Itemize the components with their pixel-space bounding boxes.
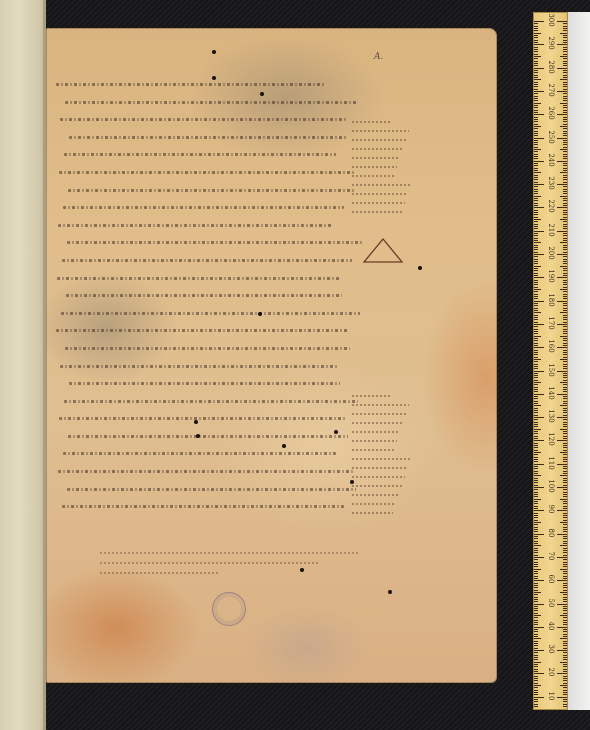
- ruler-tick: [534, 47, 538, 48]
- ruler-tick: [534, 629, 538, 630]
- text-line: [56, 287, 356, 305]
- text-line: [56, 94, 356, 112]
- ruler-tick: [534, 501, 538, 502]
- ruler-tick: [563, 529, 567, 530]
- ruler-tick: [534, 636, 538, 637]
- ruler-tick: [534, 664, 538, 665]
- ruler-tick: [534, 431, 538, 432]
- ruler-tick: [534, 464, 544, 465]
- footnote-line: [100, 572, 220, 574]
- ruler-tick: [563, 163, 567, 164]
- ruler-tick: [534, 440, 544, 441]
- ruler-tick: [534, 354, 538, 355]
- ruler-tick: [534, 163, 538, 164]
- ruler-tick: [563, 305, 567, 306]
- ruler-label: 190: [547, 268, 555, 284]
- ruler-tick: [557, 557, 567, 558]
- ruler-label: 50: [547, 595, 555, 611]
- ruler-tick: [563, 37, 567, 38]
- ruler-tick: [560, 499, 567, 500]
- ruler-tick: [563, 403, 567, 404]
- ruler-tick: [534, 28, 538, 29]
- ruler-tick: [534, 377, 538, 378]
- ruler-tick: [534, 452, 541, 453]
- ruler-tick: [563, 527, 567, 528]
- ruler-tick: [563, 562, 567, 563]
- ruler-label: 240: [547, 152, 555, 168]
- ruler-tick: [534, 126, 541, 127]
- ruler-tick: [560, 242, 567, 243]
- ruler-tick: [563, 28, 567, 29]
- ruler-tick: [534, 394, 544, 395]
- ruler-tick: [560, 638, 567, 639]
- ruler-tick: [560, 33, 567, 34]
- ruler-tick: [560, 172, 567, 173]
- ruler-tick: [563, 357, 567, 358]
- text-line: [56, 498, 356, 516]
- ruler-tick: [563, 42, 567, 43]
- ruler-tick: [563, 694, 567, 695]
- ruler-tick: [563, 657, 567, 658]
- ruler-tick: [563, 65, 567, 66]
- ruler-tick: [534, 373, 538, 374]
- ruler-label: 140: [547, 385, 555, 401]
- ruler-tick: [534, 387, 538, 388]
- ruler-tick: [534, 219, 541, 220]
- ruler-tick: [534, 275, 538, 276]
- triangle-diagram: [362, 238, 406, 264]
- text-line: [56, 428, 356, 446]
- ruler-tick: [534, 494, 538, 495]
- ruler-tick: [563, 445, 567, 446]
- ruler-tick: [563, 35, 567, 36]
- ruler-tick: [563, 424, 567, 425]
- ruler-tick: [557, 440, 567, 441]
- ruler-tick: [534, 473, 538, 474]
- ruler-tick: [534, 128, 538, 129]
- ruler-tick: [563, 82, 567, 83]
- ruler-label: 80: [547, 525, 555, 541]
- wormhole: [282, 444, 286, 448]
- ruler-tick: [534, 112, 538, 113]
- wormhole: [388, 590, 392, 594]
- ruler-tick: [534, 56, 541, 57]
- marginal-line: [352, 446, 412, 455]
- text-line: [56, 322, 356, 340]
- ruler-tick: [534, 282, 538, 283]
- ruler-tick: [534, 375, 538, 376]
- main-text-block: [56, 76, 356, 516]
- ruler-tick: [534, 40, 538, 41]
- ruler-tick: [563, 51, 567, 52]
- ruler-tick: [563, 373, 567, 374]
- ruler-tick: [534, 615, 541, 616]
- ruler-tick: [563, 624, 567, 625]
- ruler-tick: [534, 308, 538, 309]
- ruler-tick: [534, 259, 538, 260]
- ruler-tick: [534, 657, 538, 658]
- ruler-tick: [534, 552, 538, 553]
- ruler-tick: [563, 494, 567, 495]
- ruler-tick: [563, 501, 567, 502]
- text-line: [56, 463, 356, 481]
- ruler-tick: [534, 445, 538, 446]
- ruler-tick: [534, 687, 538, 688]
- text-line: [56, 375, 356, 393]
- ruler-tick: [534, 457, 538, 458]
- ruler-tick: [534, 459, 538, 460]
- ruler-tick: [557, 697, 567, 698]
- ruler-tick: [560, 149, 567, 150]
- marginal-line: [352, 154, 412, 163]
- ruler-tick: [534, 280, 538, 281]
- ruler-tick: [534, 604, 544, 605]
- ruler-tick: [563, 496, 567, 497]
- ruler-tick: [534, 592, 541, 593]
- ruler-tick: [563, 431, 567, 432]
- ruler-tick: [557, 534, 567, 535]
- ruler-tick: [563, 84, 567, 85]
- ruler-tick: [563, 147, 567, 148]
- ruler-tick: [563, 671, 567, 672]
- ruler-tick: [563, 375, 567, 376]
- ruler-tick: [563, 384, 567, 385]
- ruler-tick: [534, 186, 538, 187]
- marginal-line: [352, 401, 412, 410]
- ruler-tick: [563, 503, 567, 504]
- ruler-tick: [563, 552, 567, 553]
- ruler-tick: [557, 580, 567, 581]
- ruler-tick: [534, 701, 538, 702]
- ruler-tick: [563, 482, 567, 483]
- ruler-tick: [534, 408, 538, 409]
- ruler-tick: [534, 454, 538, 455]
- ruler-tick: [534, 198, 538, 199]
- ruler-tick: [534, 315, 538, 316]
- ruler-tick: [563, 63, 567, 64]
- ruler-tick: [534, 233, 538, 234]
- ruler-label: 90: [547, 501, 555, 517]
- ruler-tick: [563, 473, 567, 474]
- ruler-tick: [560, 289, 567, 290]
- ruler-tick: [563, 26, 567, 27]
- ruler-tick: [534, 683, 538, 684]
- ruler-tick: [534, 426, 538, 427]
- marginal-line: [352, 172, 412, 181]
- ruler-tick: [534, 254, 544, 255]
- ruler-label: 100: [547, 478, 555, 494]
- ruler-tick: [563, 165, 567, 166]
- ruler-label: 250: [547, 129, 555, 145]
- ruler-label: 60: [547, 571, 555, 587]
- ruler-tick: [534, 499, 541, 500]
- text-line: [56, 76, 356, 94]
- ruler-tick: [563, 193, 567, 194]
- ruler-tick: [563, 191, 567, 192]
- ruler-tick: [563, 659, 567, 660]
- ruler-tick: [534, 485, 538, 486]
- ruler-tick: [534, 26, 538, 27]
- ruler-tick: [563, 100, 567, 101]
- ruler-tick: [563, 182, 567, 183]
- ruler-tick: [557, 44, 567, 45]
- ruler-tick: [534, 357, 538, 358]
- ruler-tick: [534, 517, 538, 518]
- ruler-tick: [534, 203, 538, 204]
- marginal-line: [352, 145, 412, 154]
- marginal-line: [352, 199, 412, 208]
- ruler-tick: [557, 277, 567, 278]
- ruler-tick: [563, 454, 567, 455]
- ruler-tick: [534, 124, 538, 125]
- ruler-tick: [534, 433, 538, 434]
- ruler-tick: [563, 629, 567, 630]
- ruler-tick: [563, 620, 567, 621]
- ruler-tick: [557, 371, 567, 372]
- ruler-tick: [563, 678, 567, 679]
- ruler-tick: [563, 280, 567, 281]
- ruler-tick: [563, 419, 567, 420]
- ruler-tick: [557, 254, 567, 255]
- ruler-tick: [563, 391, 567, 392]
- ruler-tick: [534, 142, 538, 143]
- ruler-tick: [534, 96, 538, 97]
- ruler-tick: [534, 529, 538, 530]
- ruler-tick: [563, 47, 567, 48]
- ruler-tick: [534, 371, 544, 372]
- ruler-tick: [563, 112, 567, 113]
- marginal-note-top: [352, 118, 412, 217]
- ruler-tick: [534, 384, 538, 385]
- ruler-tick: [563, 303, 567, 304]
- ruler-tick: [534, 256, 538, 257]
- ruler-tick: [563, 133, 567, 134]
- ruler-tick: [534, 336, 541, 337]
- ruler-tick: [563, 601, 567, 602]
- ruler-tick: [534, 329, 538, 330]
- ruler-tick: [534, 627, 544, 628]
- ruler-tick: [534, 543, 538, 544]
- ruler-tick: [563, 690, 567, 691]
- ruler-tick: [563, 538, 567, 539]
- ruler-tick: [563, 186, 567, 187]
- marginal-line: [352, 163, 412, 172]
- text-line: [56, 410, 356, 428]
- ruler-tick: [534, 296, 538, 297]
- ruler-tick: [534, 270, 538, 271]
- wormhole: [196, 434, 200, 438]
- ruler-tick: [534, 158, 538, 159]
- ruler-tick: [534, 650, 544, 651]
- ruler-tick: [534, 436, 538, 437]
- ruler-tick: [534, 338, 538, 339]
- ruler-tick: [563, 93, 567, 94]
- ruler-tick: [563, 606, 567, 607]
- ruler-tick: [560, 126, 567, 127]
- ruler-tick: [557, 231, 567, 232]
- ruler-tick: [534, 391, 538, 392]
- ruler-tick: [563, 340, 567, 341]
- ruler-tick: [563, 144, 567, 145]
- ruler-tick: [557, 138, 567, 139]
- ruler-tick: [534, 352, 538, 353]
- ruler-tick: [534, 380, 538, 381]
- ruler-tick: [557, 207, 567, 208]
- ruler-tick: [534, 366, 538, 367]
- ruler-tick: [563, 54, 567, 55]
- text-line: [56, 182, 356, 200]
- text-line: [56, 481, 356, 499]
- ruler-tick: [563, 58, 567, 59]
- ruler-tick: [563, 438, 567, 439]
- ruler-tick: [563, 75, 567, 76]
- ruler-tick: [563, 86, 567, 87]
- wormhole: [334, 430, 338, 434]
- ruler-tick: [563, 401, 567, 402]
- ruler-tick: [534, 620, 538, 621]
- ruler-tick: [534, 587, 538, 588]
- ruler-tick: [534, 35, 538, 36]
- ruler-tick: [534, 447, 538, 448]
- marginal-line: [352, 190, 412, 199]
- ruler-tick: [534, 492, 538, 493]
- ruler-label: 40: [547, 618, 555, 634]
- ruler-tick: [563, 49, 567, 50]
- ruler-label: 160: [547, 338, 555, 354]
- ruler-label: 290: [547, 35, 555, 51]
- ruler-tick: [563, 634, 567, 635]
- ruler-tick: [534, 107, 538, 108]
- ruler-tick: [534, 597, 538, 598]
- ruler-tick: [563, 331, 567, 332]
- ruler-tick: [534, 624, 538, 625]
- ruler-tick: [563, 240, 567, 241]
- ruler-tick: [563, 203, 567, 204]
- ruler-tick: [534, 510, 544, 511]
- ruler-tick: [557, 21, 567, 22]
- marginal-line: [352, 118, 412, 127]
- ruler-tick: [563, 291, 567, 292]
- ruler-tick: [534, 415, 538, 416]
- ruler-tick: [563, 389, 567, 390]
- ruler-tick: [563, 245, 567, 246]
- ruler-tick: [534, 284, 538, 285]
- ruler-tick: [563, 492, 567, 493]
- ruler-tick: [534, 475, 541, 476]
- ruler-tick: [534, 545, 541, 546]
- ruler-tick: [563, 40, 567, 41]
- ruler-tick: [563, 645, 567, 646]
- ruler-tick: [560, 592, 567, 593]
- ruler-tick: [534, 100, 538, 101]
- ruler-tick: [534, 37, 538, 38]
- ruler-tick: [563, 256, 567, 257]
- ruler-tick: [563, 396, 567, 397]
- ruler-tick: [563, 664, 567, 665]
- ruler-tick: [563, 200, 567, 201]
- ruler-tick: [534, 676, 538, 677]
- ruler-tick: [534, 91, 544, 92]
- ruler-tick: [563, 317, 567, 318]
- ruler-tick: [534, 398, 538, 399]
- ruler-tick: [563, 261, 567, 262]
- ruler-tick: [563, 156, 567, 157]
- folio-mark: A.: [374, 52, 383, 62]
- ruler-tick: [534, 671, 538, 672]
- ruler-tick: [560, 452, 567, 453]
- ruler-tick: [534, 238, 538, 239]
- ruler-tick: [563, 105, 567, 106]
- ruler-tick: [563, 485, 567, 486]
- ruler-tick: [534, 645, 538, 646]
- measurement-ruler: 3002902802702602502402302202102001901801…: [533, 12, 568, 710]
- ruler-tick: [560, 103, 567, 104]
- ruler-tick: [534, 522, 541, 523]
- ruler-label: 210: [547, 222, 555, 238]
- ruler-tick: [534, 84, 538, 85]
- ruler-tick: [563, 692, 567, 693]
- marginal-line: [352, 419, 412, 428]
- ruler-tick: [560, 336, 567, 337]
- ruler-tick: [563, 669, 567, 670]
- ruler-tick: [534, 98, 538, 99]
- ruler-tick: [534, 669, 538, 670]
- ruler-tick: [534, 576, 538, 577]
- ruler-tick: [534, 266, 541, 267]
- ruler-tick: [534, 138, 544, 139]
- ruler-tick: [563, 412, 567, 413]
- ruler-tick: [534, 557, 544, 558]
- ruler-tick: [563, 583, 567, 584]
- ruler-tick: [534, 590, 538, 591]
- ruler-tick: [563, 461, 567, 462]
- ruler-tick: [534, 42, 538, 43]
- ruler-tick: [534, 520, 538, 521]
- ruler-tick: [563, 599, 567, 600]
- ruler-tick: [534, 685, 541, 686]
- marginal-line: [352, 428, 412, 437]
- ruler-tick: [560, 662, 567, 663]
- ruler-tick: [534, 291, 538, 292]
- ruler-tick: [534, 21, 544, 22]
- ruler-tick: [563, 319, 567, 320]
- ruler-tick: [563, 205, 567, 206]
- ruler-tick: [534, 634, 538, 635]
- ruler-tick: [563, 238, 567, 239]
- wormhole: [350, 480, 354, 484]
- ruler-tick: [534, 471, 538, 472]
- ruler-tick: [563, 408, 567, 409]
- text-line: [56, 111, 356, 129]
- ruler-tick: [534, 140, 538, 141]
- ruler-tick: [563, 352, 567, 353]
- ruler-tick: [563, 515, 567, 516]
- ruler-tick: [563, 221, 567, 222]
- ruler-label: 270: [547, 82, 555, 98]
- marginal-line: [352, 437, 412, 446]
- ruler-tick: [534, 298, 538, 299]
- ruler-tick: [534, 489, 538, 490]
- ruler-tick: [534, 103, 541, 104]
- ruler-tick: [534, 77, 538, 78]
- ruler-tick: [560, 56, 567, 57]
- ruler-tick: [563, 433, 567, 434]
- ruler-tick: [534, 482, 538, 483]
- ruler-tick: [534, 659, 538, 660]
- ruler-tick: [534, 168, 538, 169]
- ruler-tick: [563, 398, 567, 399]
- ruler-tick: [534, 23, 538, 24]
